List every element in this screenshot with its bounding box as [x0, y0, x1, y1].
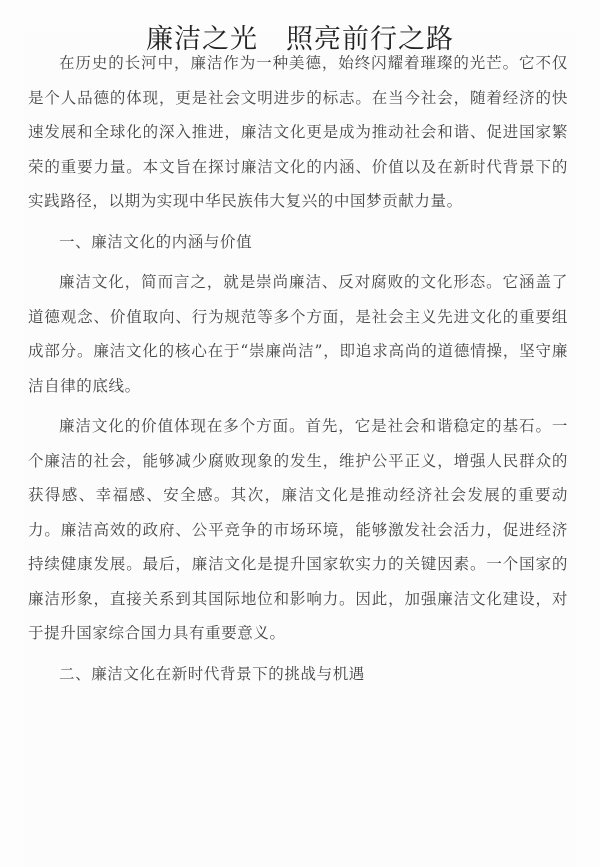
- document-body: 在历史的长河中，廉洁作为一种美德，始终闪耀着璀璨的光芒。它不仅是个人品德的体现，…: [28, 46, 568, 697]
- definition-paragraph: 廉洁文化，简而言之，就是崇尚廉洁、反对腐败的文化形态。它涵盖了道德观念、价值取向…: [28, 265, 568, 403]
- value-paragraph: 廉洁文化的价值体现在多个方面。首先，它是社会和谐稳定的基石。一个廉洁的社会，能够…: [28, 409, 568, 651]
- section-heading-1: 一、廉洁文化的内涵与价值: [28, 225, 568, 260]
- section-heading-2: 二、廉洁文化在新时代背景下的挑战与机遇: [28, 657, 568, 692]
- intro-paragraph: 在历史的长河中，廉洁作为一种美德，始终闪耀着璀璨的光芒。它不仅是个人品德的体现，…: [28, 46, 568, 219]
